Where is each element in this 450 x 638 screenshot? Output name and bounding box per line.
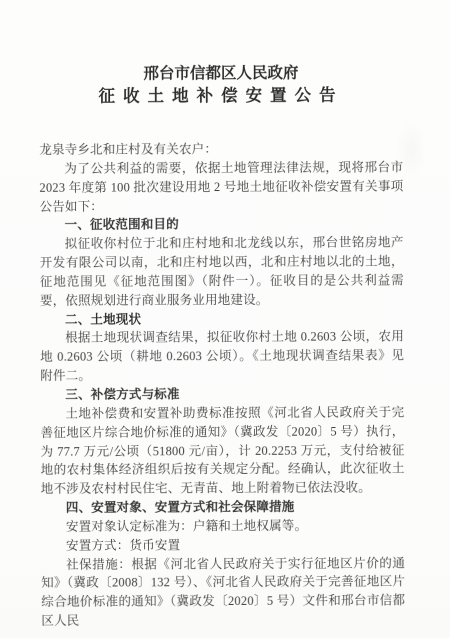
section-1-heading: 一、征收范围和目的 (40, 215, 404, 235)
intro-paragraph: 为了公共利益的需要，依据土地管理法律法规，现将邢台市 2023 年度第 100 … (39, 158, 403, 216)
document-content: 邢台市信都区人民政府 征收土地补偿安置公告 龙泉寺乡北和庄村及有关农户： 为了公… (0, 0, 450, 631)
section-3-paragraph: 土地补偿费和安置补助费标准按照《河北省人民政府关于完善征地区片综合地价标准的通知… (40, 403, 404, 499)
section-4-paragraph-3: 社保措施：根据《河北省人民政府关于实行征地区片价的通知》（冀政〔2008〕132… (41, 554, 405, 631)
document-title-line2: 征收土地补偿安置公告 (39, 83, 403, 108)
salutation-line: 龙泉寺乡北和庄村及有关农户： (39, 139, 403, 159)
scanned-announcement-page: 邢台市信都区人民政府 征收土地补偿安置公告 龙泉寺乡北和庄村及有关农户： 为了公… (0, 0, 450, 638)
section-4-paragraph-2: 安置方式：货币安置 (41, 535, 405, 555)
section-3-heading: 三、补偿方式与标准 (40, 384, 404, 404)
document-title-line1: 邢台市信都区人民政府 (39, 63, 403, 85)
section-1-paragraph: 拟征收你村位于北和庄村地和北龙线以东，邢台世铭房地产开发有限公司以南，北和庄村地… (40, 233, 404, 310)
section-2-paragraph: 根据土地现状调查结果，拟征收你村土地 0.2603 公顷，农用地 0.2603 … (40, 328, 404, 386)
document-body: 龙泉寺乡北和庄村及有关农户： 为了公共利益的需要，依据土地管理法律法规，现将邢台… (39, 139, 405, 631)
section-2-heading: 二、土地现状 (40, 309, 404, 329)
section-4-paragraph-1: 安置对象认定标准为：户籍和土地权属等。 (41, 516, 405, 536)
section-4-heading: 四、安置对象、安置方式和社会保障措施 (41, 497, 405, 517)
